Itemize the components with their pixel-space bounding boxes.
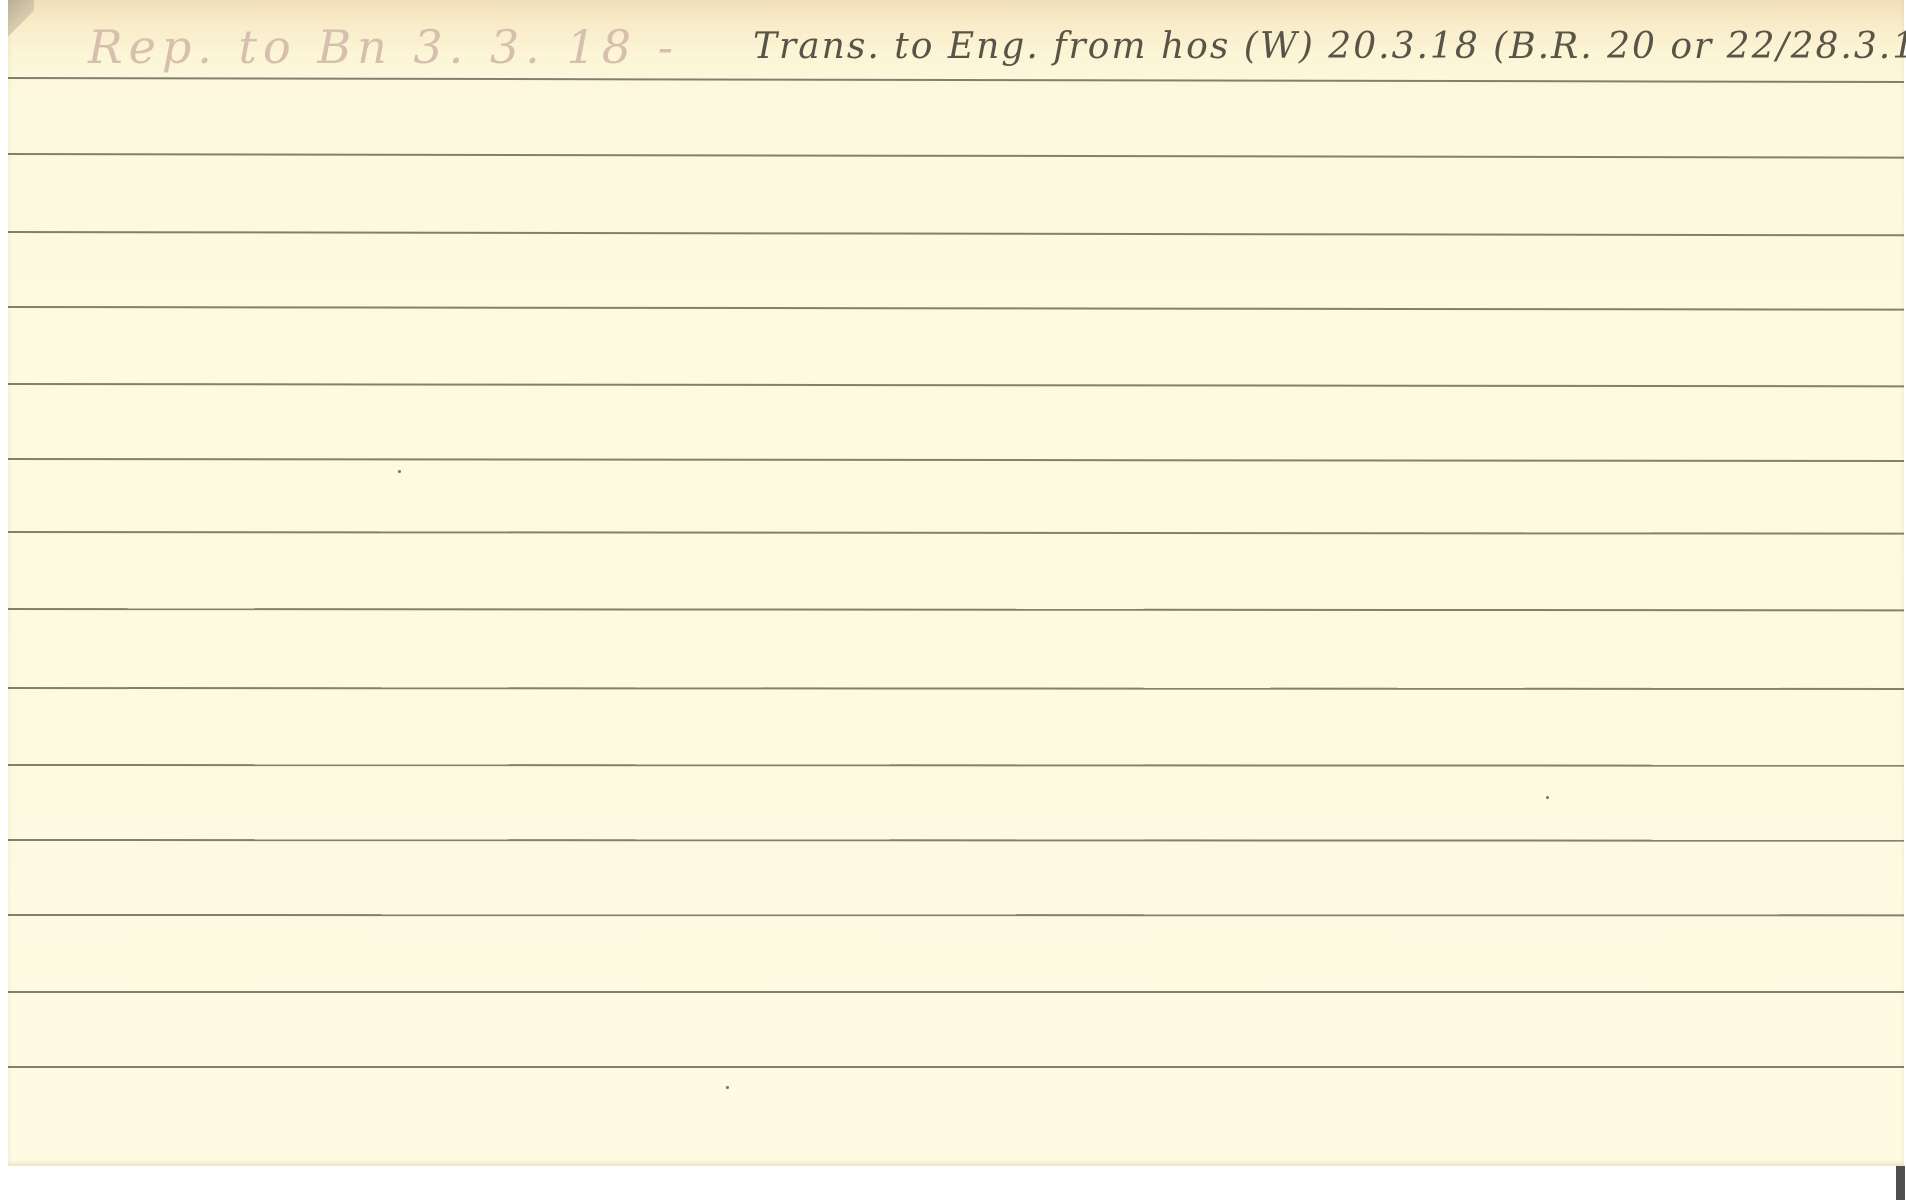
ruled-line (8, 531, 1904, 535)
paper-speck (398, 470, 401, 473)
ruled-line (8, 687, 1904, 690)
card-corner-fold (8, 0, 34, 40)
paper-speck (726, 1086, 729, 1089)
ruled-line (8, 458, 1904, 462)
scan-edge-mark (1896, 1166, 1905, 1200)
ruled-line (8, 306, 1904, 311)
ruled-line (8, 77, 1904, 83)
paper-speck (1546, 796, 1549, 799)
index-card: Rep. to Bn 3. 3. 18 - Trans. to Eng. fro… (8, 0, 1904, 1166)
ruled-line (8, 839, 1904, 842)
ruled-line (8, 231, 1904, 236)
ruled-line (8, 153, 1904, 159)
ruled-line (8, 991, 1904, 993)
ruled-line (8, 383, 1904, 387)
ruled-line (8, 1066, 1904, 1068)
ruled-line (8, 764, 1904, 767)
ruled-line (8, 914, 1904, 916)
ruled-line (8, 608, 1904, 611)
handwritten-transfer-entry: Trans. to Eng. from hos (W) 20.3.18 (B.R… (753, 26, 1906, 67)
faint-handwritten-entry: Rep. to Bn 3. 3. 18 - (88, 20, 679, 74)
